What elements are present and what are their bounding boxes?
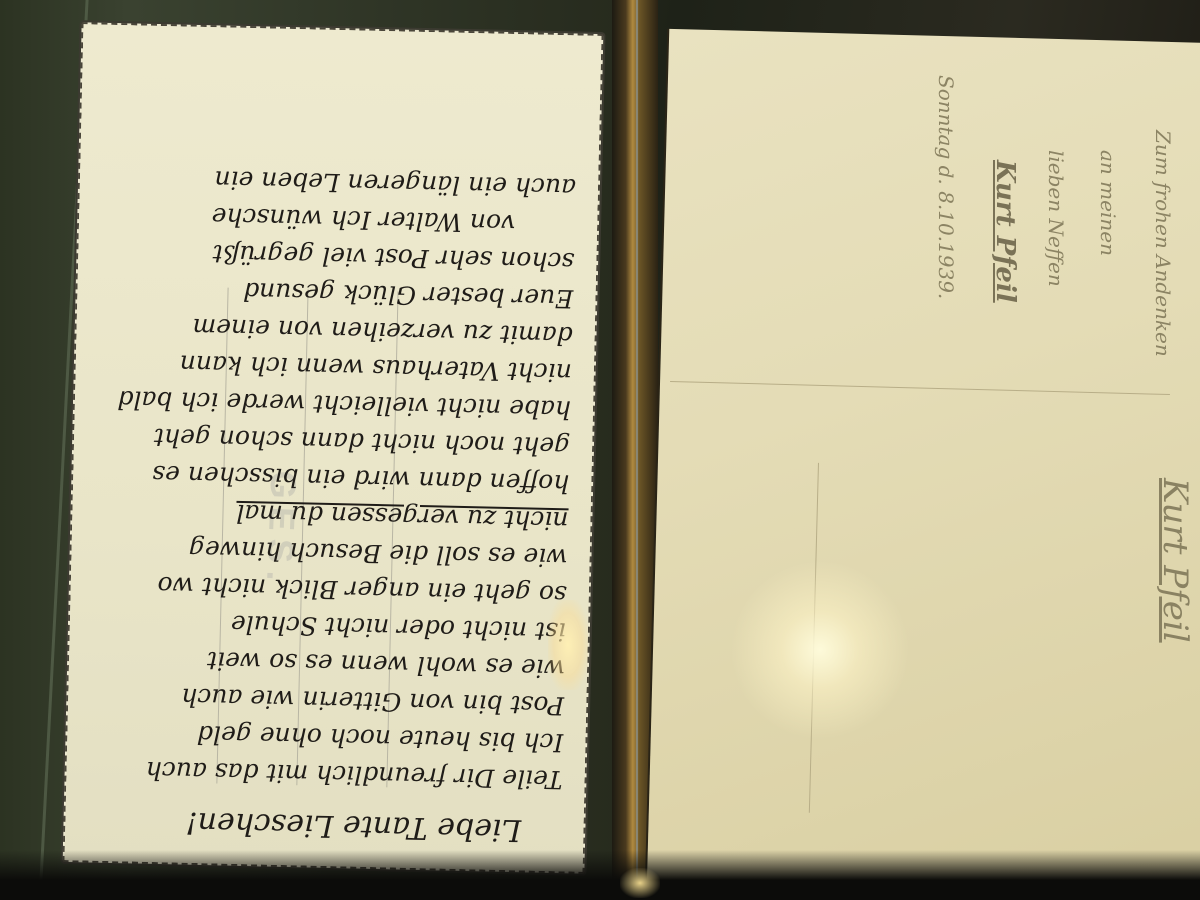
light-glare xyxy=(548,600,588,690)
letter-greeting: Liebe Tante Lieschen! xyxy=(87,802,522,849)
light-glare xyxy=(620,868,660,898)
postcard-left: GES. Liebe Tante Lieschen! Teile Dir fre… xyxy=(63,22,604,874)
sleeve-seam xyxy=(636,0,638,900)
handwritten-letter: Liebe Tante Lieschen! Teile Dir freundli… xyxy=(87,47,579,850)
pencil-name: Kurt Pfeil xyxy=(990,160,1020,303)
address-name: Kurt Pfeil xyxy=(1155,478,1195,643)
pencil-note: an meinen xyxy=(1096,150,1120,256)
pencil-note: Zum frohen Andenken xyxy=(1151,130,1175,357)
postcard-divider-horizontal xyxy=(670,381,1170,395)
pencil-note: lieben Neffen xyxy=(1044,150,1068,287)
pencil-date: Sonntag d. 8.10.1939. xyxy=(934,75,958,299)
shadow xyxy=(0,850,1200,900)
postcard-left-paper: GES. Liebe Tante Lieschen! Teile Dir fre… xyxy=(65,24,602,872)
postcard-divider-vertical xyxy=(809,463,819,813)
